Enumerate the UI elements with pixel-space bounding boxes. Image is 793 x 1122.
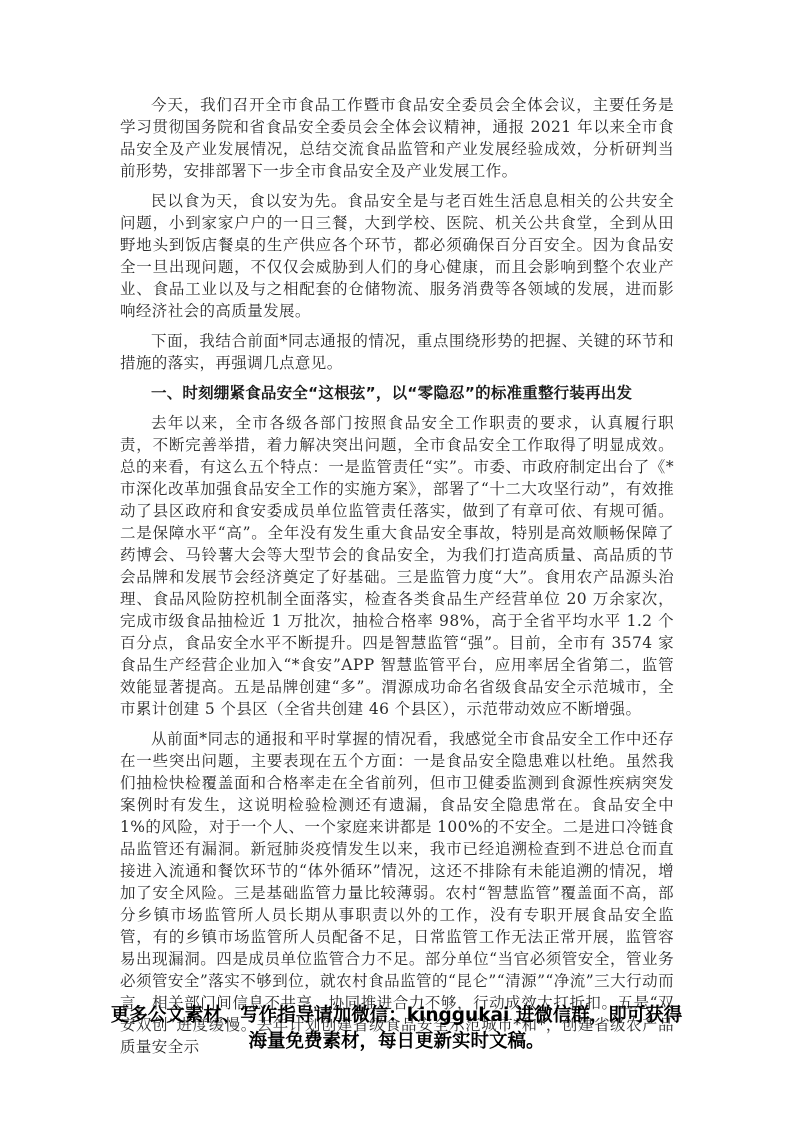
intro-paragraph-2: 民以食为天，食以安为先。食品安全是与老百姓生活息息相关的公共安全问题，小到家家户… (120, 190, 674, 322)
intro-paragraph-3: 下面，我结合前面*同志通报的情况，重点围绕形势的把握、关键的环节和措施的落实，再… (120, 330, 674, 374)
section-heading-1: 一、时刻绷紧食品安全“这根弦”，以“零隐忍”的标准重整行装再出发 (120, 382, 674, 404)
promo-footer-line-1: 更多公文素材、写作指导请加微信：kinggukai 进微信群，即可获得 (0, 1003, 793, 1029)
document-body: 今天，我们召开全市食品工作暨市食品安全委员会全体会议，主要任务是学习贯彻国务院和… (120, 94, 674, 1066)
section-paragraph-1: 去年以来，全市各级各部门按照食品安全工作职责的要求，认真履行职责，不断完善举措，… (120, 412, 674, 720)
promo-footer: 更多公文素材、写作指导请加微信：kinggukai 进微信群，即可获得 海量免费… (0, 1003, 793, 1055)
intro-paragraph-1: 今天，我们召开全市食品工作暨市食品安全委员会全体会议，主要任务是学习贯彻国务院和… (120, 94, 674, 182)
promo-footer-line-2: 海量免费素材，每日更新实时文稿。 (0, 1029, 793, 1055)
